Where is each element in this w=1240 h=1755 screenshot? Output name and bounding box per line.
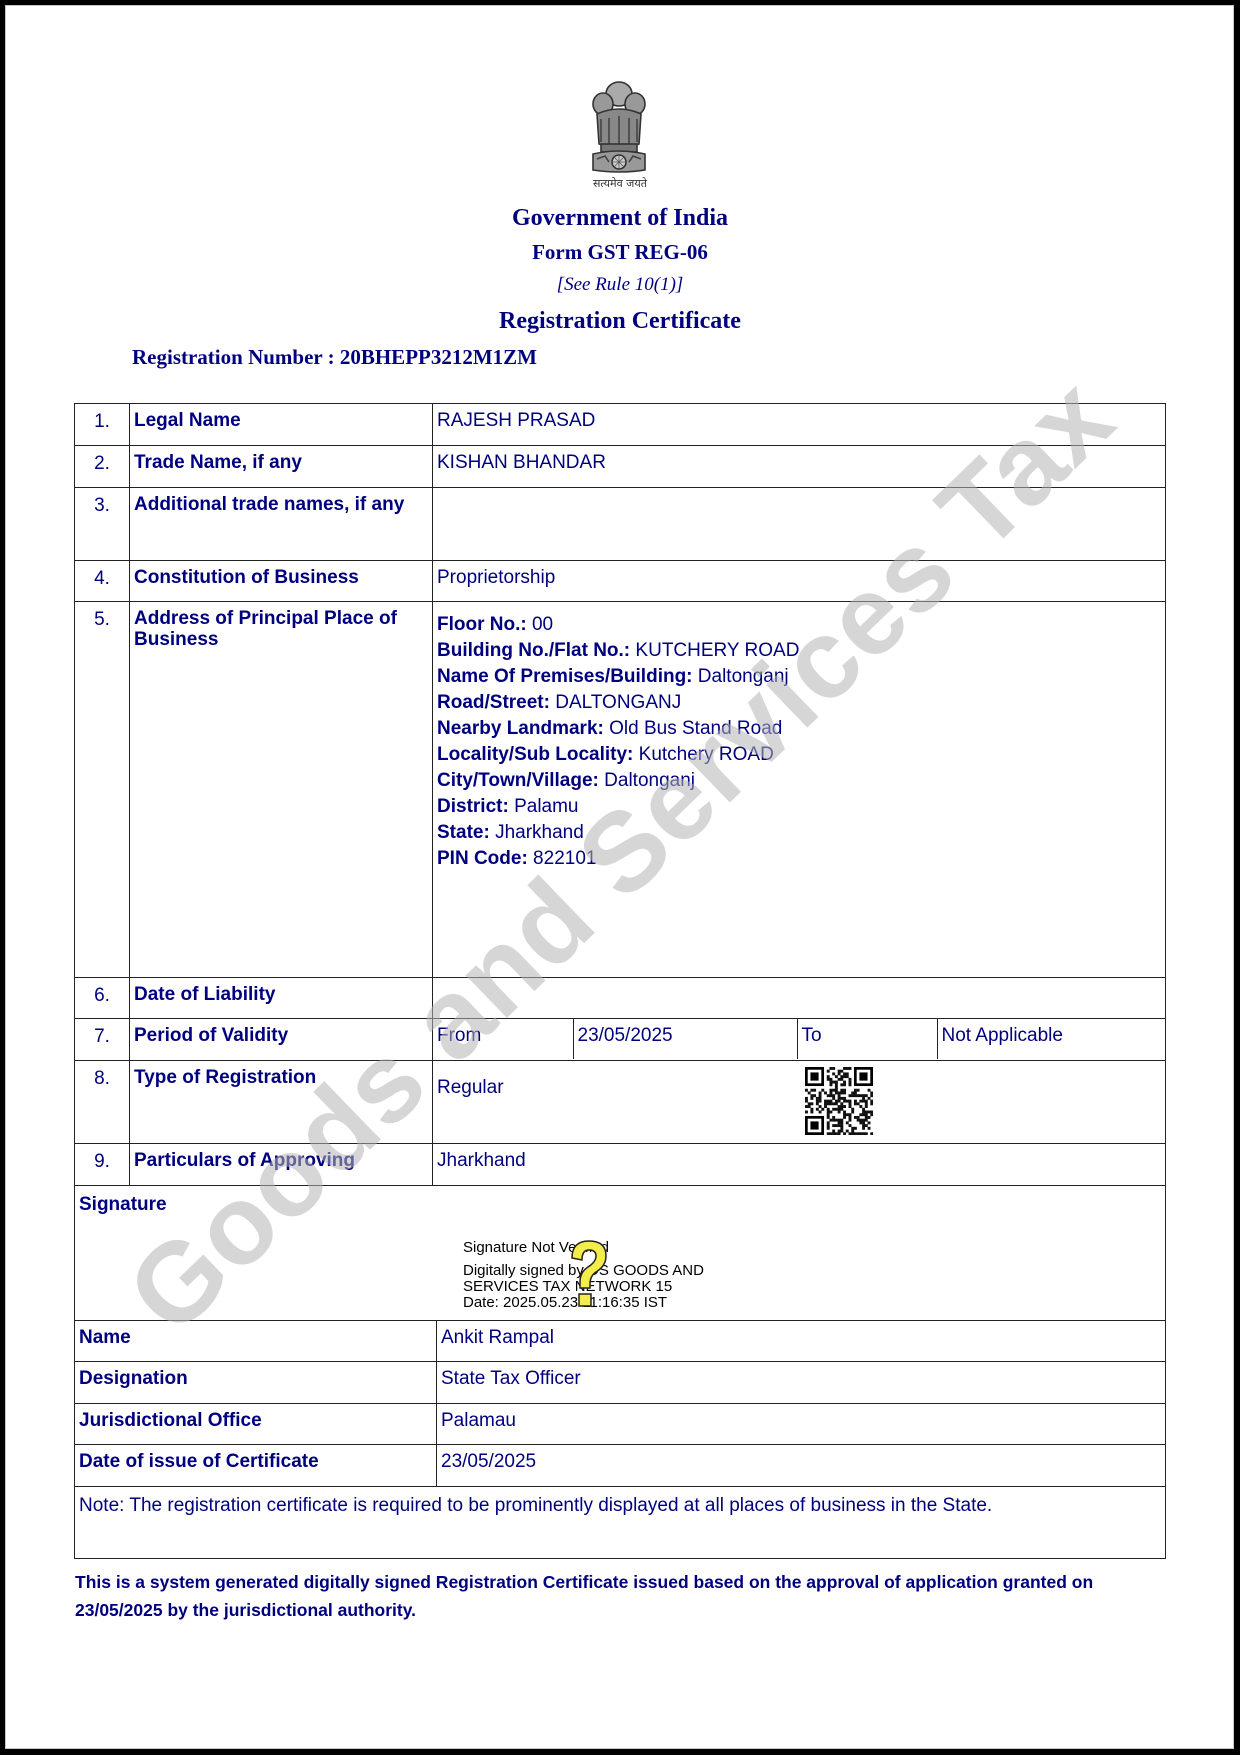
emblem-motto: सत्यमेव जयते (560, 176, 680, 191)
address-line: Locality/Sub Locality: Kutchery ROAD (437, 742, 1161, 768)
rule-reference: [See Rule 10(1)] (0, 274, 1240, 296)
row-number: 8. (75, 1061, 130, 1144)
address-line: Name Of Premises/Building: Daltonganj (437, 664, 1161, 690)
row-label: Legal Name (130, 404, 433, 446)
row-label: Additional trade names, if any (130, 488, 433, 561)
registration-type-cell: Regular (433, 1061, 1166, 1144)
table-row: 5. Address of Principal Place of Busines… (75, 602, 1166, 978)
note-row: Note: The registration certificate is re… (75, 1487, 1166, 1559)
registration-details-table: 1. Legal Name RAJESH PRASAD 2. Trade Nam… (74, 403, 1166, 1321)
row-label: Particulars of Approving (130, 1144, 433, 1186)
address-key: Building No./Flat No.: (437, 640, 630, 661)
address-value: 822101 (528, 848, 597, 869)
address-value: 00 (527, 614, 553, 635)
validity-to-label: To (797, 1019, 937, 1059)
form-title: Form GST REG-06 (0, 240, 1240, 265)
row-number: 7. (75, 1019, 130, 1061)
row-number: 1. (75, 404, 130, 446)
row-number: 9. (75, 1144, 130, 1186)
address-value: Daltonganj (599, 770, 695, 791)
officer-table: Name Ankit Rampal Designation State Tax … (74, 1320, 1166, 1559)
address-key: Nearby Landmark: (437, 718, 604, 739)
row-number: 5. (75, 602, 130, 978)
footer-note: This is a system generated digitally sig… (75, 1568, 1175, 1624)
table-row: Designation State Tax Officer (75, 1362, 1166, 1404)
address-value: Floor No.: 00Building No./Flat No.: KUTC… (433, 602, 1166, 978)
address-line: District: Palamu (437, 794, 1161, 820)
address-value: Palamu (509, 796, 579, 817)
address-line: State: Jharkhand (437, 820, 1161, 846)
address-value: Old Bus Stand Road (604, 718, 783, 739)
address-line: Floor No.: 00 (437, 612, 1161, 638)
validity-to-date: Not Applicable (937, 1019, 1165, 1059)
registration-number-value: 20BHEPP3212M1ZM (340, 345, 537, 369)
table-row: Jurisdictional Office Palamau (75, 1404, 1166, 1445)
validity-cell: From 23/05/2025 To Not Applicable (433, 1019, 1166, 1061)
constitution-value: Proprietorship (433, 561, 1166, 602)
table-row: 2. Trade Name, if any KISHAN BHANDAR (75, 446, 1166, 488)
address-line: Road/Street: DALTONGANJ (437, 690, 1161, 716)
table-row: 7. Period of Validity From 23/05/2025 To… (75, 1019, 1166, 1061)
address-key: Locality/Sub Locality: (437, 744, 633, 765)
trade-name-value: KISHAN BHANDAR (433, 446, 1166, 488)
address-line: Building No./Flat No.: KUTCHERY ROAD (437, 638, 1161, 664)
additional-trade-names-value (433, 488, 1166, 561)
address-line: PIN Code: 822101 (437, 846, 1161, 872)
row-label: Type of Registration (130, 1061, 433, 1144)
officer-label: Name (75, 1321, 437, 1362)
question-mark-icon[interactable] (566, 1238, 610, 1310)
address-list: Floor No.: 00Building No./Flat No.: KUTC… (437, 612, 1161, 872)
row-label: Trade Name, if any (130, 446, 433, 488)
table-row: 3. Additional trade names, if any (75, 488, 1166, 561)
government-title: Government of India (0, 205, 1240, 232)
address-value: Jharkhand (490, 822, 584, 843)
address-key: PIN Code: (437, 848, 528, 869)
address-key: Floor No.: (437, 614, 527, 635)
date-of-liability-value (433, 978, 1166, 1019)
address-key: District: (437, 796, 509, 817)
address-value: Kutchery ROAD (633, 744, 773, 765)
address-line: City/Town/Village: Daltonganj (437, 768, 1161, 794)
validity-from-label: From (433, 1019, 573, 1059)
officer-name-value: Ankit Rampal (437, 1321, 1166, 1362)
row-number: 6. (75, 978, 130, 1019)
registration-type-value: Regular (437, 1067, 1161, 1098)
legal-name-value: RAJESH PRASAD (433, 404, 1166, 446)
row-label: Date of Liability (130, 978, 433, 1019)
row-label: Address of Principal Place of Business (130, 602, 433, 978)
table-row: 6. Date of Liability (75, 978, 1166, 1019)
row-number: 3. (75, 488, 130, 561)
validity-from-date: 23/05/2025 (573, 1019, 797, 1059)
designation-value: State Tax Officer (437, 1362, 1166, 1404)
table-row: 8. Type of Registration Regular (75, 1061, 1166, 1144)
address-line: Nearby Landmark: Old Bus Stand Road (437, 716, 1161, 742)
jurisdictional-office-value: Palamau (437, 1404, 1166, 1445)
table-row: Name Ankit Rampal (75, 1321, 1166, 1362)
registration-number-label: Registration Number : (132, 345, 335, 369)
address-key: City/Town/Village: (437, 770, 599, 791)
officer-label: Date of issue of Certificate (75, 1445, 437, 1487)
table-row: 4. Constitution of Business Proprietorsh… (75, 561, 1166, 602)
table-row: 9. Particulars of Approving Jharkhand (75, 1144, 1166, 1186)
officer-label: Designation (75, 1362, 437, 1404)
validity-table: From 23/05/2025 To Not Applicable (433, 1019, 1165, 1059)
address-value: DALTONGANJ (550, 692, 681, 713)
address-key: Name Of Premises/Building: (437, 666, 693, 687)
row-number: 4. (75, 561, 130, 602)
issue-date-value: 23/05/2025 (437, 1445, 1166, 1487)
table-row: 1. Legal Name RAJESH PRASAD (75, 404, 1166, 446)
qr-code-icon (805, 1067, 873, 1135)
address-key: Road/Street: (437, 692, 550, 713)
registration-number: Registration Number : 20BHEPP3212M1ZM (132, 345, 537, 370)
row-number: 2. (75, 446, 130, 488)
certificate-title: Registration Certificate (0, 308, 1240, 335)
address-value: KUTCHERY ROAD (630, 640, 799, 661)
address-value: Daltonganj (693, 666, 789, 687)
approving-authority-value: Jharkhand (433, 1144, 1166, 1186)
table-row: Date of issue of Certificate 23/05/2025 (75, 1445, 1166, 1487)
row-label: Period of Validity (130, 1019, 433, 1061)
note-text: Note: The registration certificate is re… (75, 1487, 1166, 1559)
row-label: Constitution of Business (130, 561, 433, 602)
address-key: State: (437, 822, 490, 843)
officer-label: Jurisdictional Office (75, 1404, 437, 1445)
